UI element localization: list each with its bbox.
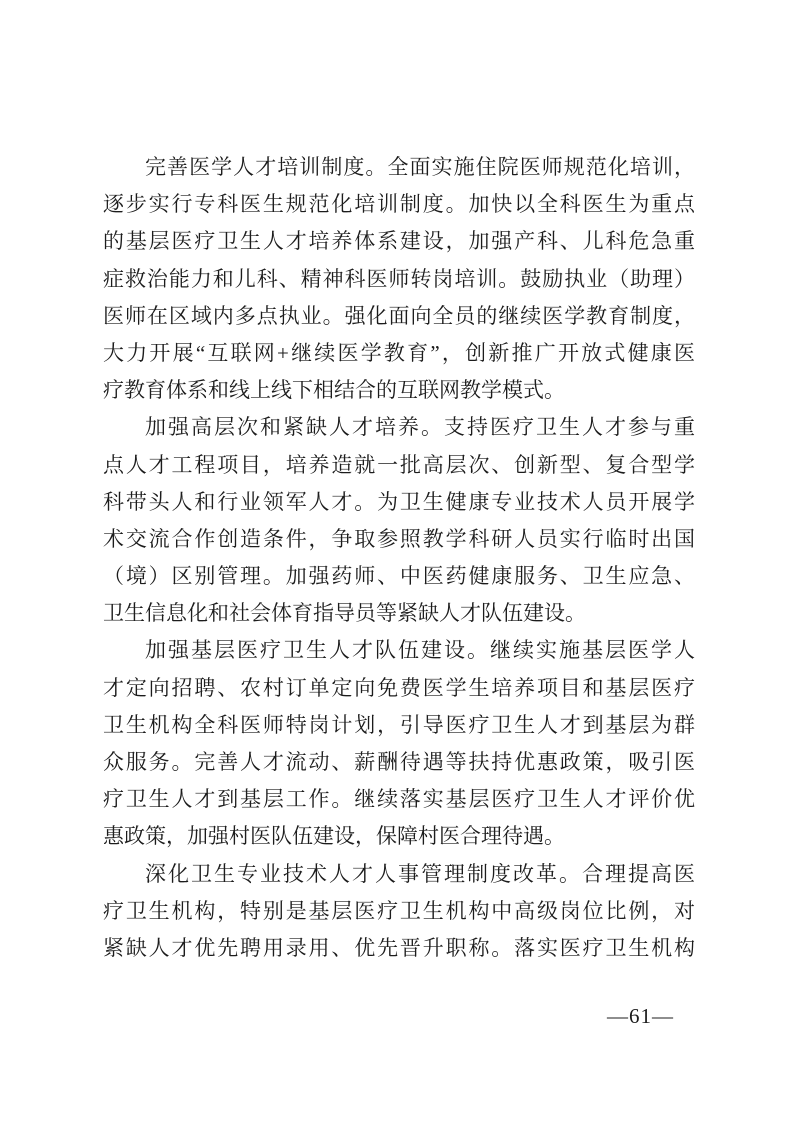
text-line: 的基层医疗卫生人才培养体系建设，加强产科、儿科危急重 [103,223,695,260]
text-line: 大力开展“互联网+继续医学教育”，创新推广开放式健康医 [103,335,695,372]
text-line: 疗卫生人才到基层工作。继续落实基层医疗卫生人才评价优 [103,781,695,818]
text-line: 疗教育体系和线上线下相结合的互联网教学模式。 [103,372,695,409]
text-line: 疗卫生机构，特别是基层医疗卫生机构中高级岗位比例，对 [103,893,695,930]
text-line: 医师在区域内多点执业。强化面向全员的继续医学教育制度， [103,298,695,335]
paragraph-grassroots-health-talent: 加强基层医疗卫生人才队伍建设。继续实施基层医学人 才定向招聘、农村订单定向免费医… [103,632,695,855]
text-line: 众服务。完善人才流动、薪酬待遇等扶持优惠政策，吸引医 [103,744,695,781]
text-line: 完善医学人才培训制度。全面实施住院医师规范化培训， [103,149,695,186]
paragraph-personnel-system-reform: 深化卫生专业技术人才人事管理制度改革。合理提高医 疗卫生机构，特别是基层医疗卫生… [103,856,695,968]
text-line: 点人才工程项目，培养造就一批高层次、创新型、复合型学 [103,447,695,484]
text-line: 惠政策，加强村医队伍建设，保障村医合理待遇。 [103,818,695,855]
paragraph-medical-talent-training: 完善医学人才培训制度。全面实施住院医师规范化培训， 逐步实行专科医生规范化培训制… [103,149,695,409]
page-number: —61— [607,1001,674,1031]
text-line: （境）区别管理。加强药师、中医药健康服务、卫生应急、 [103,558,695,595]
text-line: 紧缺人才优先聘用录用、优先晋升职称。落实医疗卫生机构 [103,930,695,967]
text-line: 逐步实行专科医生规范化培训制度。加快以全科医生为重点 [103,186,695,223]
text-line: 才定向招聘、农村订单定向免费医学生培养项目和基层医疗 [103,670,695,707]
text-line: 症救治能力和儿科、精神科医师转岗培训。鼓励执业（助理） [103,261,695,298]
paragraph-high-level-talent: 加强高层次和紧缺人才培养。支持医疗卫生人才参与重 点人才工程项目，培养造就一批高… [103,409,695,632]
document-page: 完善医学人才培训制度。全面实施住院医师规范化培训， 逐步实行专科医生规范化培训制… [0,0,793,1122]
text-line: 加强基层医疗卫生人才队伍建设。继续实施基层医学人 [103,632,695,669]
text-line: 科带头人和行业领军人才。为卫生健康专业技术人员开展学 [103,484,695,521]
text-line: 加强高层次和紧缺人才培养。支持医疗卫生人才参与重 [103,409,695,446]
text-line: 术交流合作创造条件，争取参照教学科研人员实行临时出国 [103,521,695,558]
text-line: 深化卫生专业技术人才人事管理制度改革。合理提高医 [103,856,695,893]
document-body: 完善医学人才培训制度。全面实施住院医师规范化培训， 逐步实行专科医生规范化培训制… [103,149,695,967]
text-line: 卫生信息化和社会体育指导员等紧缺人才队伍建设。 [103,595,695,632]
text-line: 卫生机构全科医师特岗计划，引导医疗卫生人才到基层为群 [103,707,695,744]
